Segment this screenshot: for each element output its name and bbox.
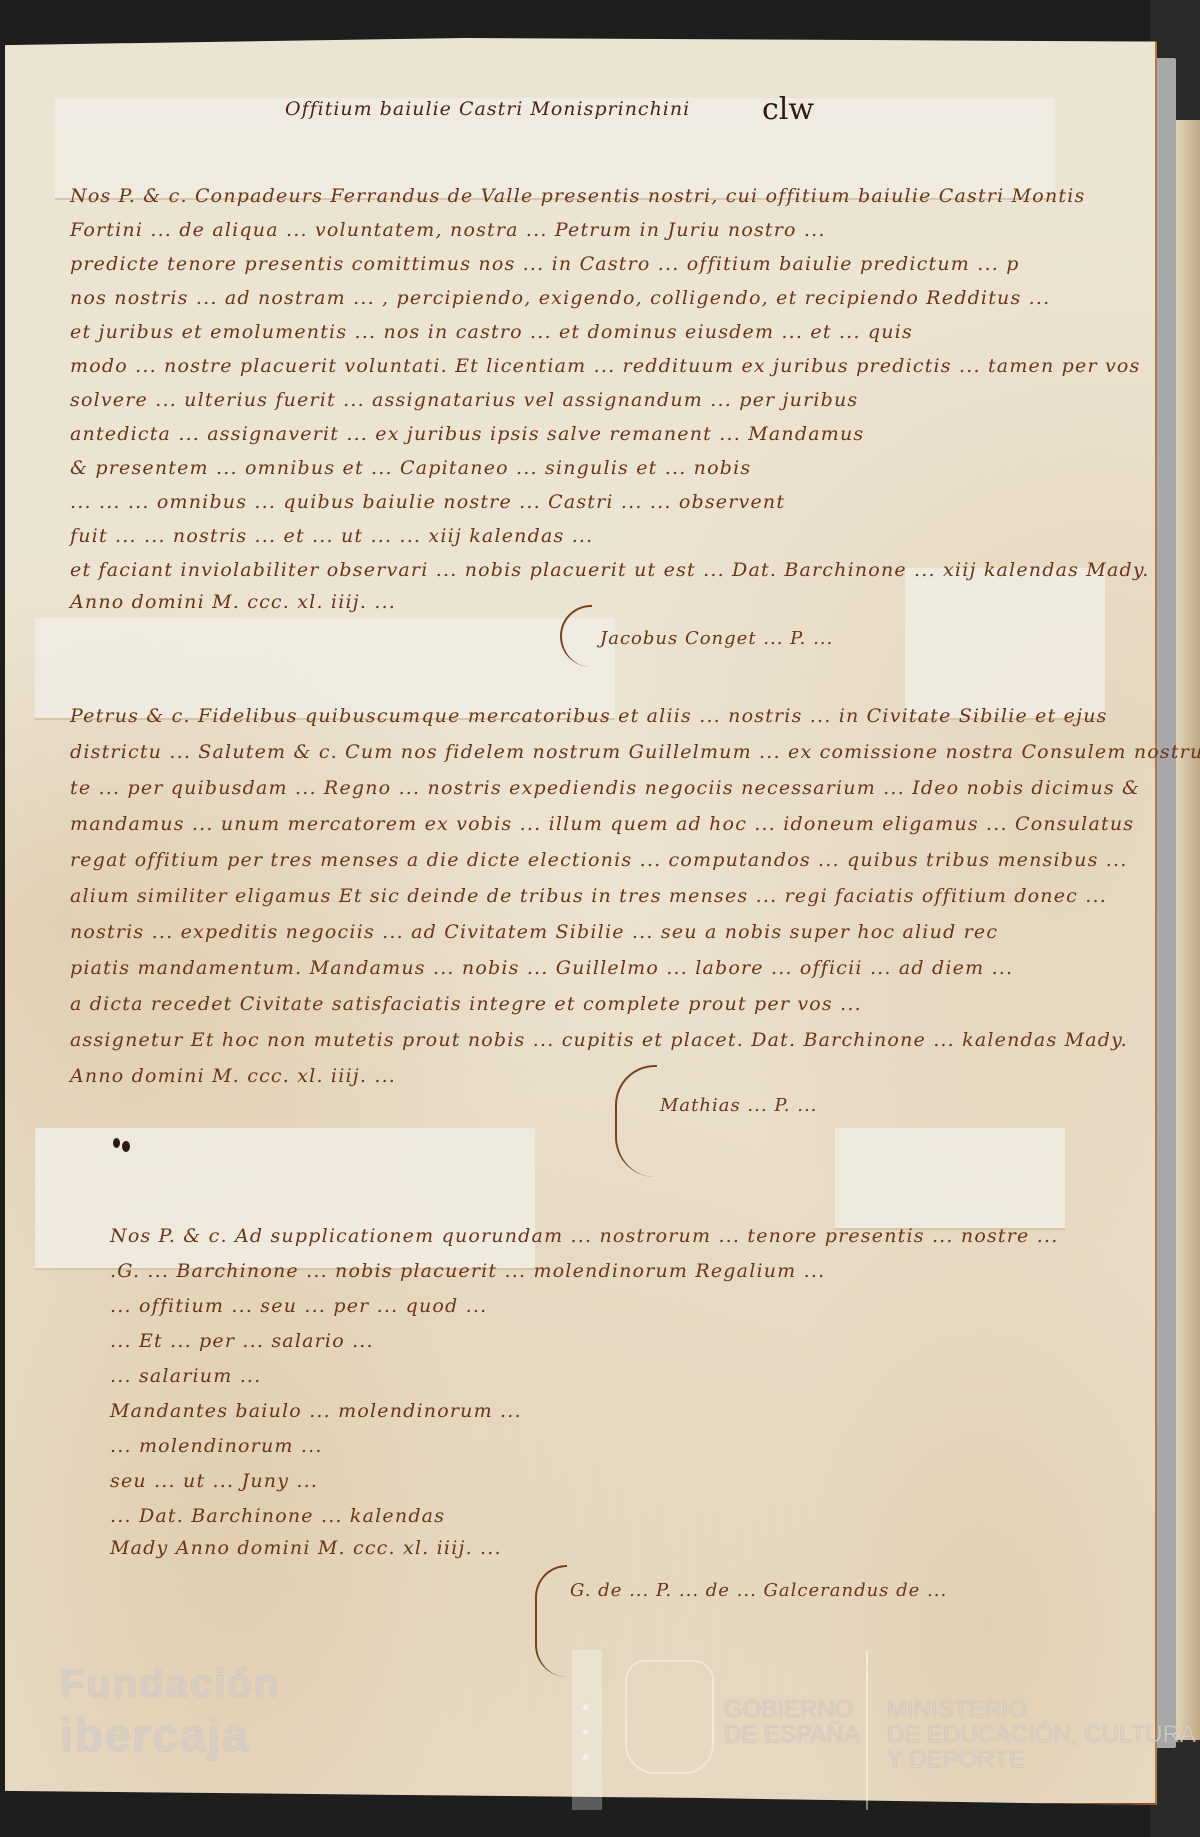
text-line: districtu ... Salutem & c. Cum nos fidel… bbox=[70, 741, 1200, 763]
text-line: ... Et ... per ... salario ... bbox=[110, 1330, 374, 1352]
coat-of-arms-icon bbox=[625, 1660, 714, 1774]
text-line: Anno domini M. ccc. xl. iiij. ... bbox=[70, 591, 396, 613]
text-line: & presentem ... omnibus et ... Capitaneo… bbox=[70, 457, 751, 479]
text-line: Mady Anno domini M. ccc. xl. iiij. ... bbox=[110, 1537, 502, 1559]
text-line: regat offitium per tres menses a die dic… bbox=[70, 849, 1127, 871]
text-line: et juribus et emolumentis ... nos in cas… bbox=[70, 321, 913, 343]
watermark-divider bbox=[866, 1650, 868, 1810]
text-line: modo ... nostre placuerit voluntati. Et … bbox=[70, 355, 1141, 377]
text-line: seu ... ut ... Juny ... bbox=[110, 1470, 318, 1492]
text-line: nos nostris ... ad nostram ... , percipi… bbox=[70, 287, 1050, 309]
text-line: te ... per quibusdam ... Regno ... nostr… bbox=[70, 777, 1140, 799]
text-line: ... Dat. Barchinone ... kalendas bbox=[110, 1505, 445, 1527]
text-line: ... molendinorum ... bbox=[110, 1435, 323, 1457]
text-line: a dicta recedet Civitate satisfaciatis i… bbox=[70, 993, 862, 1015]
text-line: Nos P. & c. Conpadeurs Ferrandus de Vall… bbox=[70, 185, 1085, 207]
watermark-gov-line: DE ESPAÑA bbox=[724, 1722, 860, 1747]
text-block-1: Nos P. & c. Conpadeurs Ferrandus de Vall… bbox=[70, 185, 1130, 615]
text-line: predicte tenore presentis comittimus nos… bbox=[70, 253, 1020, 275]
signature-2: Mathias ... P. ... bbox=[660, 1095, 817, 1116]
watermark-ibercaja: ibercaja bbox=[60, 1708, 250, 1762]
text-line: et faciant inviolabiliter observari ... … bbox=[70, 559, 1150, 581]
star-icon: ★ bbox=[580, 1750, 591, 1764]
ink-dot bbox=[113, 1138, 120, 1148]
restoration-patch bbox=[835, 1128, 1065, 1230]
watermark-fundacion: Fundación bbox=[60, 1662, 280, 1707]
text-line: alium similiter eligamus Et sic deinde d… bbox=[70, 885, 1107, 907]
text-line: Mandantes baiulo ... molendinorum ... bbox=[110, 1400, 522, 1422]
text-line: .G. ... Barchinone ... nobis placuerit .… bbox=[110, 1260, 825, 1282]
signature-1: Jacobus Conget ... P. ... bbox=[600, 628, 833, 649]
text-line: fuit ... ... nostris ... et ... ut ... .… bbox=[70, 525, 593, 547]
star-icon: ★ bbox=[580, 1700, 591, 1714]
watermark-ministerio: MINISTERIO DE EDUCACIÓN, CULTURA Y DEPOR… bbox=[887, 1697, 1196, 1772]
text-line: ... ... ... omnibus ... quibus baiulie n… bbox=[70, 491, 785, 513]
text-line: ... salarium ... bbox=[110, 1365, 261, 1387]
folio-number: clw bbox=[762, 92, 814, 127]
ink-dot bbox=[122, 1141, 130, 1152]
text-line: nostris ... expeditis negociis ... ad Ci… bbox=[70, 921, 998, 943]
text-block-3: Nos P. & c. Ad supplicationem quorundam … bbox=[110, 1225, 1140, 1555]
signature-flourish bbox=[535, 1565, 567, 1677]
text-line: Nos P. & c. Ad supplicationem quorundam … bbox=[110, 1225, 1058, 1247]
text-line: Petrus & c. Fidelibus quibuscumque merca… bbox=[70, 705, 1108, 727]
watermark-ministry-line: DE EDUCACIÓN, CULTURA bbox=[887, 1722, 1196, 1747]
text-line: Fortini ... de aliqua ... voluntatem, no… bbox=[70, 219, 826, 241]
watermark-ministry-line: Y DEPORTE bbox=[887, 1747, 1196, 1772]
document-heading: Offitium baiulie Castri Monisprinchini bbox=[285, 98, 690, 120]
text-line: mandamus ... unum mercatorem ex vobis ..… bbox=[70, 813, 1134, 835]
watermark-ministry-line: MINISTERIO bbox=[887, 1697, 1196, 1722]
text-line: ... offitium ... seu ... per ... quod ..… bbox=[110, 1295, 487, 1317]
watermark-gobierno: GOBIERNO DE ESPAÑA bbox=[724, 1697, 860, 1747]
signature-3: G. de ... P. ... de ... Galcerandus de .… bbox=[570, 1580, 947, 1601]
watermark-gov-line: GOBIERNO bbox=[724, 1697, 860, 1722]
text-line: Anno domini M. ccc. xl. iiij. ... bbox=[70, 1065, 396, 1087]
star-icon: ★ bbox=[580, 1725, 591, 1739]
text-line: solvere ... ulterius fuerit ... assignat… bbox=[70, 389, 858, 411]
text-line: assignetur Et hoc non mutetis prout nobi… bbox=[70, 1029, 1128, 1051]
text-line: piatis mandamentum. Mandamus ... nobis .… bbox=[70, 957, 1013, 979]
text-block-2: Petrus & c. Fidelibus quibuscumque merca… bbox=[70, 705, 1130, 1075]
text-line: antedicta ... assignaverit ... ex juribu… bbox=[70, 423, 864, 445]
